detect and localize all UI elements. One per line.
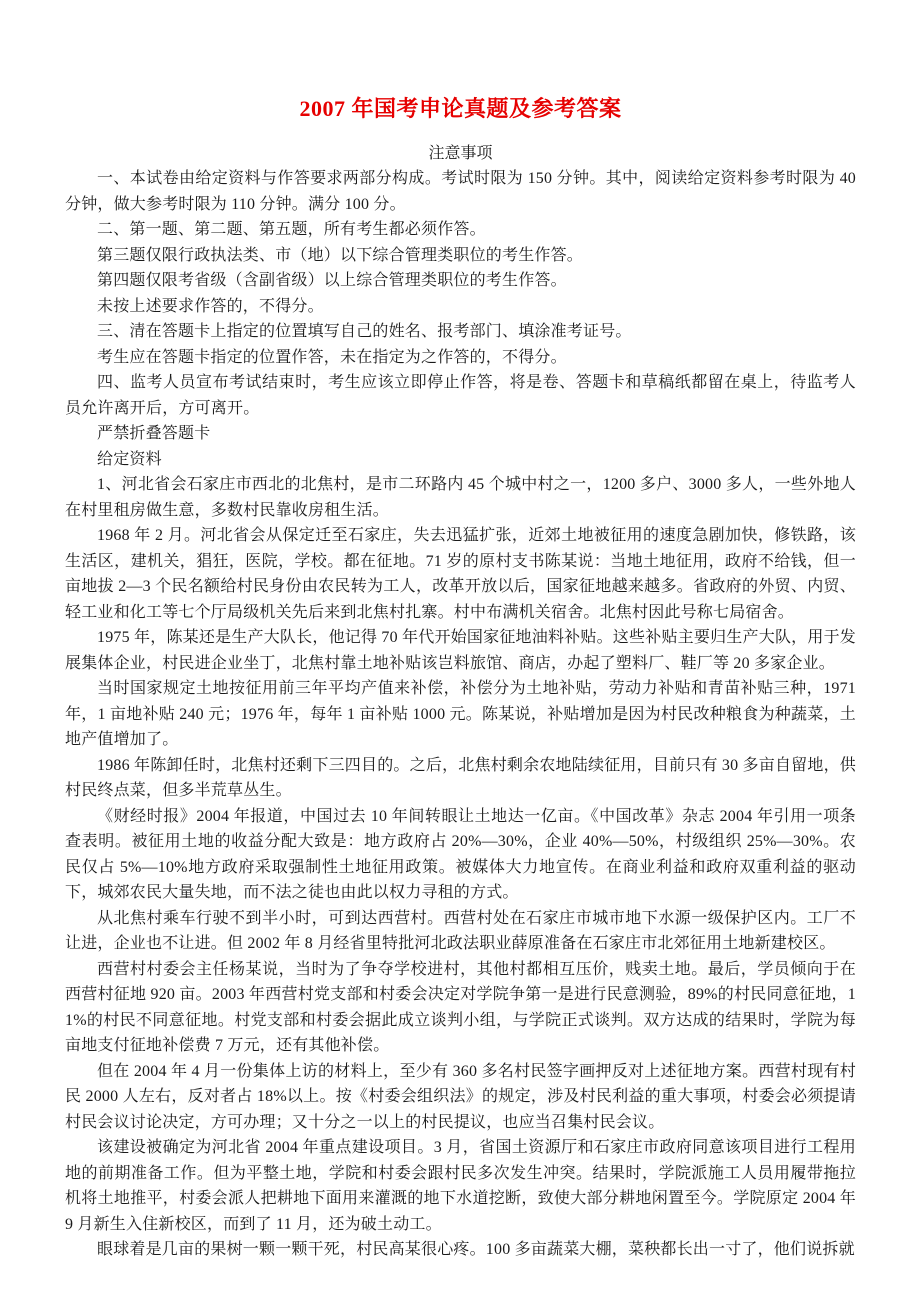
- paragraph-15: 1986 年陈卸任时，北焦村还剩下三四目的。之后，北焦村剩余农地陆续征用，目前只…: [65, 753, 856, 804]
- paragraph-17: 从北焦村乘车行驶不到半小时，可到达西营村。西营村处在石家庄市城市地下水源一级保护…: [65, 906, 856, 957]
- paragraph-3: 第三题仅限行政执法类、市（地）以下综合管理类职位的考生作答。: [65, 243, 856, 269]
- paragraph-20: 该建设被确定为河北省 2004 年重点建设项目。3 月，省国土资源厅和石家庄市政…: [65, 1135, 856, 1237]
- notice-heading: 注意事项: [65, 141, 856, 166]
- paragraph-21: 眼球着是几亩的果树一颗一颗干死，村民高某很心疼。100 多亩蔬菜大棚，菜秧都长出…: [65, 1237, 856, 1263]
- paragraph-9: 严禁折叠答题卡: [65, 421, 856, 447]
- document-page: 2007 年国考申论真题及参考答案 注意事项 一、本试卷由给定资料与作答要求两部…: [0, 0, 920, 1302]
- paragraph-1: 一、本试卷由给定资料与作答要求两部分构成。考试时限为 150 分钟。其中，阅读给…: [65, 166, 856, 217]
- document-title: 2007 年国考申论真题及参考答案: [65, 95, 856, 123]
- paragraph-8: 四、监考人员宣布考试结束时，考生应该立即停止作答，将是卷、答题卡和草稿纸都留在桌…: [65, 370, 856, 421]
- document-paragraphs: 一、本试卷由给定资料与作答要求两部分构成。考试时限为 150 分钟。其中，阅读给…: [65, 166, 856, 1263]
- paragraph-2: 二、第一题、第二题、第五题，所有考生都必须作答。: [65, 217, 856, 243]
- paragraph-14: 当时国家规定土地按征用前三年平均产值来补偿，补偿分为土地补贴，劳动力补贴和青苗补…: [65, 676, 856, 753]
- paragraph-11: 1、河北省会石家庄市西北的北焦村，是市二环路内 45 个城中村之一，1200 多…: [65, 472, 856, 523]
- paragraph-7: 考生应在答题卡指定的位置作答，未在指定为之作答的，不得分。: [65, 345, 856, 371]
- paragraph-16: 《财经时报》2004 年报道，中国过去 10 年间转眼让土地达一亿亩。《中国改革…: [65, 804, 856, 906]
- paragraph-10: 给定资料: [65, 447, 856, 473]
- paragraph-4: 第四题仅限考省级（含副省级）以上综合管理类职位的考生作答。: [65, 268, 856, 294]
- paragraph-12: 1968 年 2 月。河北省会从保定迁至石家庄，失去迅猛扩张，近郊土地被征用的速…: [65, 523, 856, 625]
- paragraph-5: 未按上述要求作答的，不得分。: [65, 294, 856, 320]
- paragraph-19: 但在 2004 年 4 月一份集体上访的材料上，至少有 360 多名村民签字画押…: [65, 1059, 856, 1136]
- paragraph-18: 西营村村委会主任杨某说，当时为了争夺学校进村，其他村都相互压价，贱卖土地。最后，…: [65, 957, 856, 1059]
- paragraph-6: 三、清在答题卡上指定的位置填写自己的姓名、报考部门、填涂准考证号。: [65, 319, 856, 345]
- paragraph-13: 1975 年，陈某还是生产大队长，他记得 70 年代开始国家征地油料补贴。这些补…: [65, 625, 856, 676]
